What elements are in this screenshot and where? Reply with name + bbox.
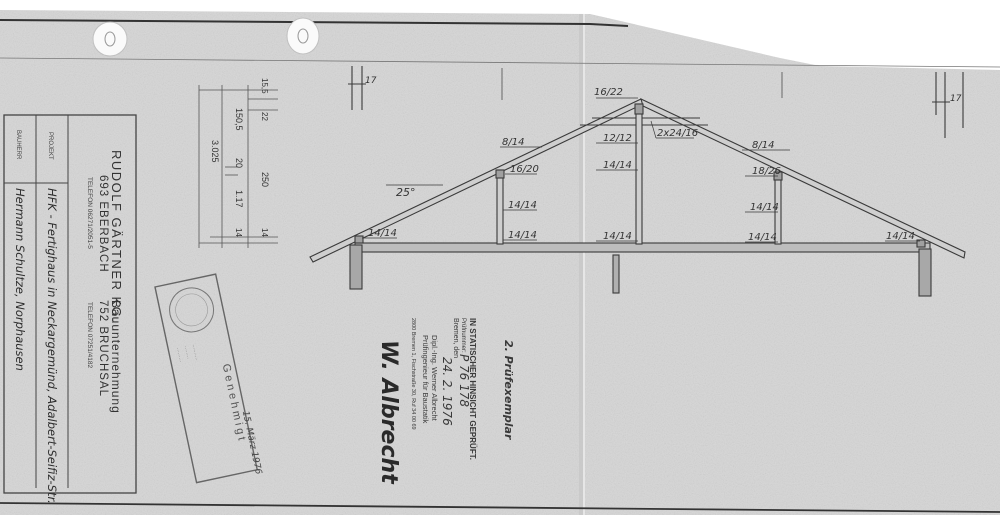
rafter-left: 8/14 [502,137,524,148]
blueprint-sheet: BAUHERR PROJEKT Hermann Schultze, Norpha… [0,0,1000,520]
purlin-left: 16/20 [510,164,539,175]
post-right: 14/14 [750,202,779,213]
approval-line-6: Prüfingenieur für Baustatik [421,335,430,424]
sill-left-post: 14/14 [508,230,537,241]
office-2-phone: TELEFON 07251/4182 [86,302,93,369]
approval-line-4-label: Bremen, den [452,318,459,358]
sill-left-eave: 14/14 [368,228,397,239]
sill-center: 14/14 [603,231,632,242]
office-2-city: 752 BRUCHSAL [97,300,109,397]
projekt-value: HFK - Fertighaus in Neckargemünd, Adalbe… [45,188,59,504]
svg-text:22: 22 [260,112,269,121]
roof-pitch: 25° [396,186,416,199]
svg-text:20: 20 [234,158,244,168]
svg-text:250: 250 [260,172,270,187]
approval-line-7: 2800 Bremen 1, Fischstraße 30, Ruf 34 00… [410,318,416,430]
sill-right-eave: 14/14 [886,231,915,242]
king-post-upper: 12/12 [603,133,632,144]
approval-line-5: Dipl.-Ing. Werner Albrecht [430,335,439,422]
approval-number: P 76 178 [457,354,471,407]
post-left: 14/14 [508,200,537,211]
purlin-right: 18/26 [752,166,781,177]
label-bauherr: BAUHERR [15,130,21,160]
approval-date: 24. 2. 1976 [440,357,454,426]
ridge-beam: 16/22 [594,87,623,98]
svg-text:14: 14 [260,228,269,237]
label-projekt: PROJEKT [47,132,53,160]
overhang-left: 17 [365,76,377,86]
svg-text:15,5: 15,5 [260,78,269,94]
approval-line-3-label: Prüfnummer: [460,318,466,353]
svg-text:1.17: 1.17 [234,190,244,208]
paper [0,10,1000,515]
collar-tie: 2x24/16 [657,128,698,139]
company-type: Bauunternehmung [109,300,123,414]
king-post: 14/14 [603,160,632,171]
company-name: RUDOLF GÄRTNER KG. [109,150,124,323]
svg-text:3.025: 3.025 [210,140,220,163]
bauherr-value: Hermann Schultze, Norphausen [13,188,27,371]
sill-right-post: 14/14 [748,232,777,243]
overhang-right: 17 [950,94,962,104]
office-1-city: 693 EBERBACH [97,175,109,273]
svg-text:14: 14 [234,228,243,237]
svg-text:150,5: 150,5 [234,108,244,131]
office-1-phone: TELEFON 06271/2051-5 [86,177,93,249]
pruef-exemplar: 2. Prüfexemplar [502,340,515,440]
signature: W. Albrecht [376,340,401,485]
rafter-right: 8/14 [752,140,774,151]
